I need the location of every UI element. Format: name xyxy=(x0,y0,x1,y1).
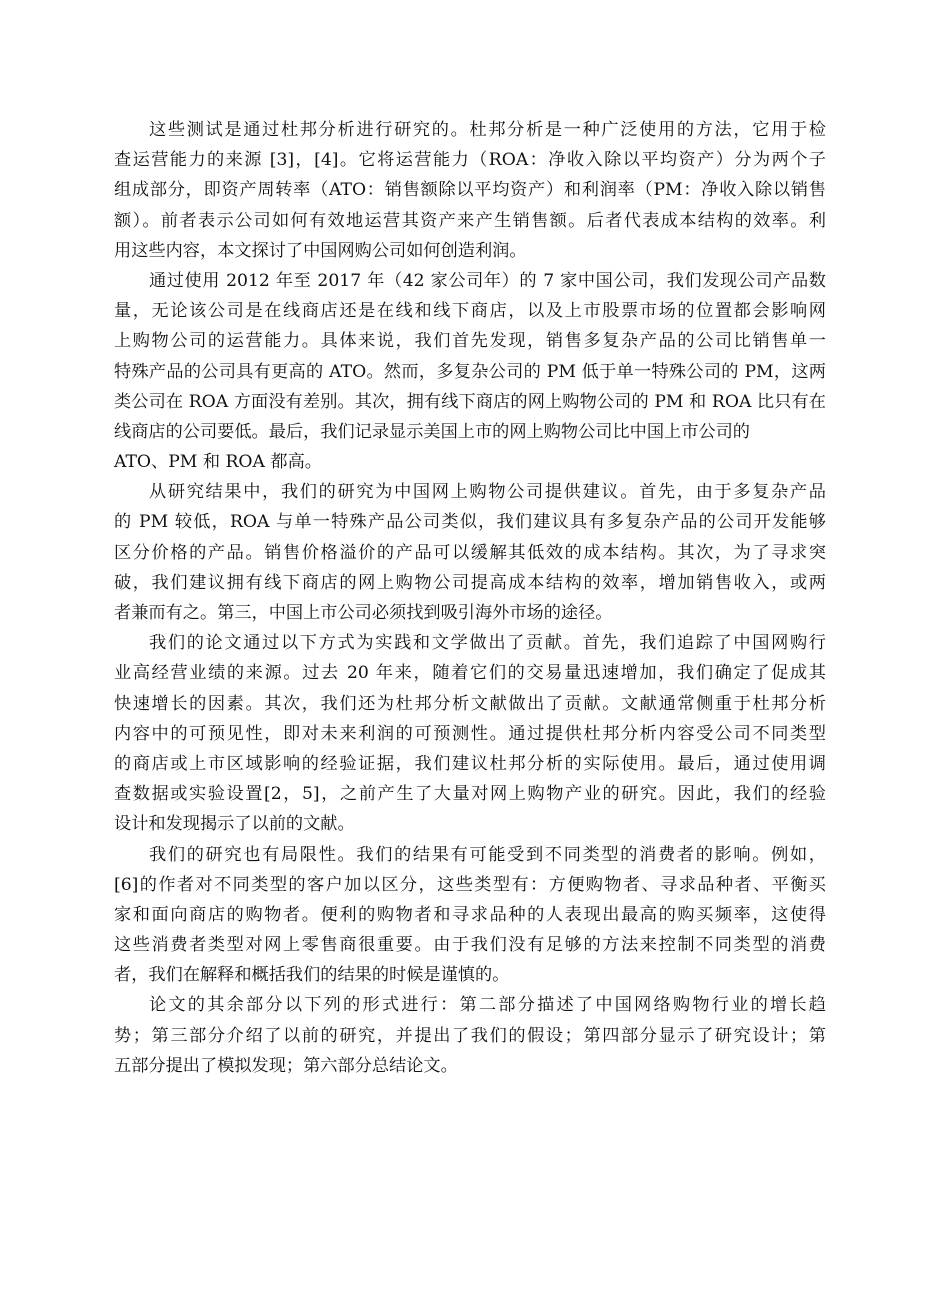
text-line: 家和面向商店的购物者。便利的购物者和寻求品种的人表现出最高的购买频率，这使得 xyxy=(114,900,826,930)
text-line: 破，我们建议拥有线下商店的网上购物公司提高成本结构的效率，增加销售收入，或两 xyxy=(114,568,826,598)
text-line: 论文的其余部分以下列的形式进行：第二部分描述了中国网络购物行业的增长趋 xyxy=(114,990,826,1020)
text-line: 业高经营业绩的来源。过去 20 年来，随着它们的交易量迅速增加，我们确定了促成其 xyxy=(114,658,826,688)
paragraph-3: 从研究结果中，我们的研究为中国网上购物公司提供建议。首先，由于多复杂产品 的 P… xyxy=(114,477,826,628)
text-line: 我们的研究也有局限性。我们的结果有可能受到不同类型的消费者的影响。例如， xyxy=(114,840,826,870)
text-line: 上购物公司的运营能力。具体来说，我们首先发现，销售多复杂产品的公司比销售单一 xyxy=(114,326,826,356)
text-line: 从研究结果中，我们的研究为中国网上购物公司提供建议。首先，由于多复杂产品 xyxy=(114,477,826,507)
text-line: 这些消费者类型对网上零售商很重要。由于我们没有足够的方法来控制不同类型的消费 xyxy=(114,930,826,960)
text-line: 通过使用 2012 年至 2017 年（42 家公司年）的 7 家中国公司，我们… xyxy=(114,266,826,296)
text-line: [6]的作者对不同类型的客户加以区分，这些类型有：方便购物者、寻求品种者、平衡买 xyxy=(114,870,826,900)
text-line: 额）。前者表示公司如何有效地运营其资产来产生销售额。后者代表成本结构的效率。利 xyxy=(114,206,826,236)
text-line: 者，我们在解释和概括我们的结果的时候是谨慎的。 xyxy=(114,960,826,990)
paragraph-4: 我们的论文通过以下方式为实践和文学做出了贡献。首先，我们追踪了中国网购行 业高经… xyxy=(114,628,826,839)
text-line: 特殊产品的公司具有更高的 ATO。然而，多复杂公司的 PM 低于单一特殊公司的 … xyxy=(114,357,826,387)
text-line: 区分价格的产品。销售价格溢价的产品可以缓解其低效的成本结构。其次，为了寻求突 xyxy=(114,538,826,568)
text-line: 五部分提出了模拟发现；第六部分总结论文。 xyxy=(114,1051,826,1081)
text-line: 这些测试是通过杜邦分析进行研究的。杜邦分析是一种广泛使用的方法，它用于检 xyxy=(114,115,826,145)
text-line: 查运营能力的来源 [3]，[4]。它将运营能力（ROA：净收入除以平均资产）分为… xyxy=(114,145,826,175)
text-line: 的 PM 较低，ROA 与单一特殊产品公司类似，我们建议具有多复杂产品的公司开发… xyxy=(114,507,826,537)
paragraph-1: 这些测试是通过杜邦分析进行研究的。杜邦分析是一种广泛使用的方法，它用于检 查运营… xyxy=(114,115,826,266)
text-line: 查数据或实验设置[2，5]，之前产生了大量对网上购物产业的研究。因此，我们的经验 xyxy=(114,779,826,809)
text-line: 内容中的可预见性，即对未来利润的可预测性。通过提供杜邦分析内容受公司不同类型 xyxy=(114,719,826,749)
paragraph-2: 通过使用 2012 年至 2017 年（42 家公司年）的 7 家中国公司，我们… xyxy=(114,266,826,477)
paragraph-6: 论文的其余部分以下列的形式进行：第二部分描述了中国网络购物行业的增长趋 势；第三… xyxy=(114,990,826,1081)
text-line: 组成部分，即资产周转率（ATO：销售额除以平均资产）和利润率（PM：净收入除以销… xyxy=(114,175,826,205)
text-line: 类公司在 ROA 方面没有差别。其次，拥有线下商店的网上购物公司的 PM 和 R… xyxy=(114,387,826,417)
document-page: 这些测试是通过杜邦分析进行研究的。杜邦分析是一种广泛使用的方法，它用于检 查运营… xyxy=(0,0,925,1309)
text-line: 我们的论文通过以下方式为实践和文学做出了贡献。首先，我们追踪了中国网购行 xyxy=(114,628,826,658)
text-line: 的商店或上市区域影响的经验证据，我们建议杜邦分析的实际使用。最后，通过使用调 xyxy=(114,749,826,779)
text-line: 线商店的公司要低。最后，我们记录显示美国上市的网上购物公司比中国上市公司的 xyxy=(114,417,826,447)
text-line: 快速增长的因素。其次，我们还为杜邦分析文献做出了贡献。文献通常侧重于杜邦分析 xyxy=(114,689,826,719)
document-body: 这些测试是通过杜邦分析进行研究的。杜邦分析是一种广泛使用的方法，它用于检 查运营… xyxy=(114,115,826,1081)
text-line: 势；第三部分介绍了以前的研究，并提出了我们的假设；第四部分显示了研究设计；第 xyxy=(114,1021,826,1051)
text-line: 量，无论该公司是在线商店还是在线和线下商店，以及上市股票市场的位置都会影响网 xyxy=(114,296,826,326)
text-line: 用这些内容，本文探讨了中国网购公司如何创造利润。 xyxy=(114,236,826,266)
text-line: ATO、PM 和 ROA 都高。 xyxy=(114,447,826,477)
text-line: 者兼而有之。第三，中国上市公司必须找到吸引海外市场的途径。 xyxy=(114,598,826,628)
text-line: 设计和发现揭示了以前的文献。 xyxy=(114,809,826,839)
paragraph-5: 我们的研究也有局限性。我们的结果有可能受到不同类型的消费者的影响。例如， [6]… xyxy=(114,840,826,991)
